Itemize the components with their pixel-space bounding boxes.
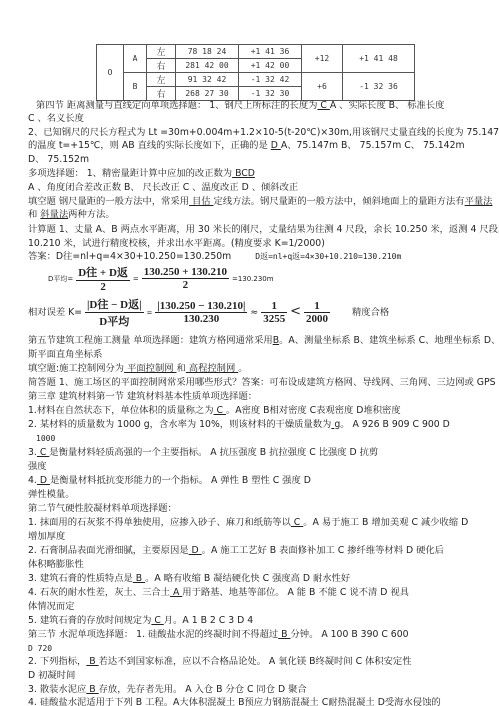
station-cell: O <box>97 45 124 101</box>
text-line: 4. D 是衡量材料抵抗变形能力的一个指标。 A 弹性 B 塑性 C 强度 D <box>28 474 311 487</box>
text-line: 1000 <box>36 432 55 445</box>
text-line: A 、角度闭合差改正数 B、 尺长改正 C 、温度改正 D 、倾斜改正 <box>28 181 298 194</box>
answer-blank: 高程控制网 <box>186 363 238 374</box>
text-line: 第五节建筑工程施工测量 单项选择题：建筑方格网通常采用B。A、测量坐标系 B、建… <box>28 334 499 347</box>
text-line: 增加厚度 <box>28 530 65 543</box>
text-line: 填空题 钢尺量距的一般方法中，常采用 目估 定线方法。钢尺量距的一般方法中，倾斜… <box>28 195 492 208</box>
answer-blank: 平量法 <box>465 196 493 207</box>
half-angle-cell: -1 32 42 <box>239 73 302 87</box>
answer-blank: D <box>189 545 202 556</box>
text-line: 3. 散装水泥应 B 存放，先存者先用。 A 入仓 B 分仓 C 同仓 D 聚合 <box>28 683 307 696</box>
text-line: 2. 下列指标， B 若达不到国家标准，应以不合格品论处。 A 氧化镁 B终凝时… <box>28 655 412 668</box>
angle-cell: +1 41 48 <box>343 45 415 73</box>
face-cell: 左 <box>147 73 176 87</box>
text-line: 第四节 距离测量与直线定向单项选择题： 1、钢尺上所标注的长度为 C A 、实际… <box>36 99 444 112</box>
formula-average: D平均= D往 + D返2 = 130.250 + 130.2102 =130.… <box>48 264 274 293</box>
text-line: 强度 <box>28 460 47 473</box>
answer-blank: B <box>133 697 145 706</box>
text-line: D 720 <box>28 642 52 655</box>
answer-blank: D <box>37 475 50 486</box>
answer-blank: C <box>317 100 329 111</box>
answer-blank: A <box>170 587 182 598</box>
text-line: 1. 抹面用的石灰浆不得单独使用，应掺入砂子、麻刀和纸筋等以 C 。A 易于施工… <box>28 516 468 529</box>
answer-blank: BCD <box>232 168 255 179</box>
answer-blank: 目估 <box>189 196 214 207</box>
text-line: 体情况而定 <box>28 600 75 613</box>
text-line: 3. C 是衡量材料轻质高强的一个主要指标。 A 抗压强度 B 抗拉强度 C 比… <box>28 446 378 459</box>
answer-blank: B <box>86 684 98 695</box>
answer-blank: B <box>133 573 145 584</box>
text-line: 第三节 水泥单项选择题： 1. 硅酸盐水泥的终凝时间不得超过 B 分钟。 A 1… <box>28 628 409 641</box>
formula-relative-error: 相对误差 K= |D往 − D返|D平均 = |130.250 − 130.21… <box>28 296 389 329</box>
answer-blank: 斜量法 <box>40 209 68 220</box>
text-line: 1.材料在自然状态下，单位体积的质量称之为 C 。A密度 B相对密度 C表观密度… <box>28 404 401 417</box>
text-line: D 初凝时间 <box>28 669 75 682</box>
text-line: D、 75.152m <box>28 153 89 166</box>
text-line: 10.210 米，试进行精度校核，并求出水平距离。(精度要求 K=1/2000) <box>28 237 325 250</box>
text-line: 计算题 1、丈量 A、B 两点水平距离，用 30 米长的刚尺，丈量结果为往测 4… <box>28 223 499 236</box>
index-diff-cell: +12 <box>302 45 343 73</box>
text-line: 第二节气硬性胶凝材料单项选择题： <box>28 502 177 515</box>
text-line: 第三章 建筑材料第一节 建筑材料基本性质单项选择题： <box>28 390 257 403</box>
text-line: 斯平面直角坐标系 <box>28 348 102 361</box>
target-cell: B <box>124 73 147 101</box>
angle-observation-table: O A 左 78 18 24 +1 41 36 +12 +1 41 48 右 2… <box>96 44 415 101</box>
text-line: 3. 建筑石膏的性质特点是 B 。A 略有收缩 B 凝结硬化快 C 强度高 D … <box>28 572 350 585</box>
text-line: C 、名义长度 <box>28 112 84 125</box>
answer-blank: B <box>86 656 98 667</box>
half-angle-cell: +1 42 00 <box>239 59 302 73</box>
answer-blank: C <box>214 405 226 416</box>
target-cell: A <box>124 45 147 73</box>
reading-cell: 91 32 42 <box>176 73 239 87</box>
face-cell: 左 <box>147 45 176 59</box>
angle-cell: -1 32 36 <box>343 73 415 101</box>
text-line: 弹性模量。 <box>28 488 75 501</box>
document-page: O A 左 78 18 24 +1 41 36 +12 +1 41 48 右 2… <box>0 0 499 706</box>
answer-blank: C <box>37 447 49 458</box>
text-line: 简答题 1、施工场区的平面控制网常采用哪些形式？答案：可布设成建筑方格网、导线网… <box>28 376 499 389</box>
text-line: 2、已知钢尺的尺长方程式为 Lt =30m+0.004m+1.2×10-5(t-… <box>28 126 499 139</box>
reading-cell: 78 18 24 <box>176 45 239 59</box>
face-cell: 右 <box>147 59 176 73</box>
answer-blank: B <box>278 629 290 640</box>
text-line: 4. 石灰的耐水性差，灰土、三合土 A 用于路基、地基等部位。 A 能 B 不能… <box>28 586 409 599</box>
text-line: 填空题:施工控制网分为 平面控制网 和 高程控制网 。 <box>28 362 248 375</box>
text-line: 体积略膨胀性 <box>28 558 84 571</box>
text-line: 的温度 t=+15℃，则 AB 直线的实际长度如下，正确的是 D A、75.14… <box>28 139 465 152</box>
half-angle-cell: +1 41 36 <box>239 45 302 59</box>
reading-cell: 281 42 00 <box>176 59 239 73</box>
text-line: 2. 某材料的质量数为 1000 g，含水率为 10%，则该材料的干燥质量数为 … <box>28 418 450 431</box>
text-line: 4. 硅酸盐水泥适用于下列 B 工程。A大体积混凝土 B预应力钢筋混凝土 C耐热… <box>28 696 441 706</box>
text-line: 答案：D往=nl+q=4×30+10.250=130.250mD返=nl+q返=… <box>28 250 401 263</box>
text-line: 和 斜量法两种方法。 <box>28 208 115 221</box>
answer-blank: C <box>151 615 163 626</box>
text-line: 多项选择题： 1、精密量距计算中应加的改正数为 BCD <box>28 167 255 180</box>
answer-blank: D <box>271 140 281 151</box>
text-line: 5. 建筑石膏的存放时间规定为 C 月。A 1 B 2 C 3 D 4 <box>28 614 253 627</box>
answer-blank: C <box>291 517 303 528</box>
index-diff-cell: +6 <box>302 73 343 101</box>
text-line: 2. 石膏制品表面光滑细腻，主要原因是 D 。A 施工工艺好 B 表面修补加工 … <box>28 544 444 557</box>
answer-blank: 平面控制网 <box>124 363 176 374</box>
